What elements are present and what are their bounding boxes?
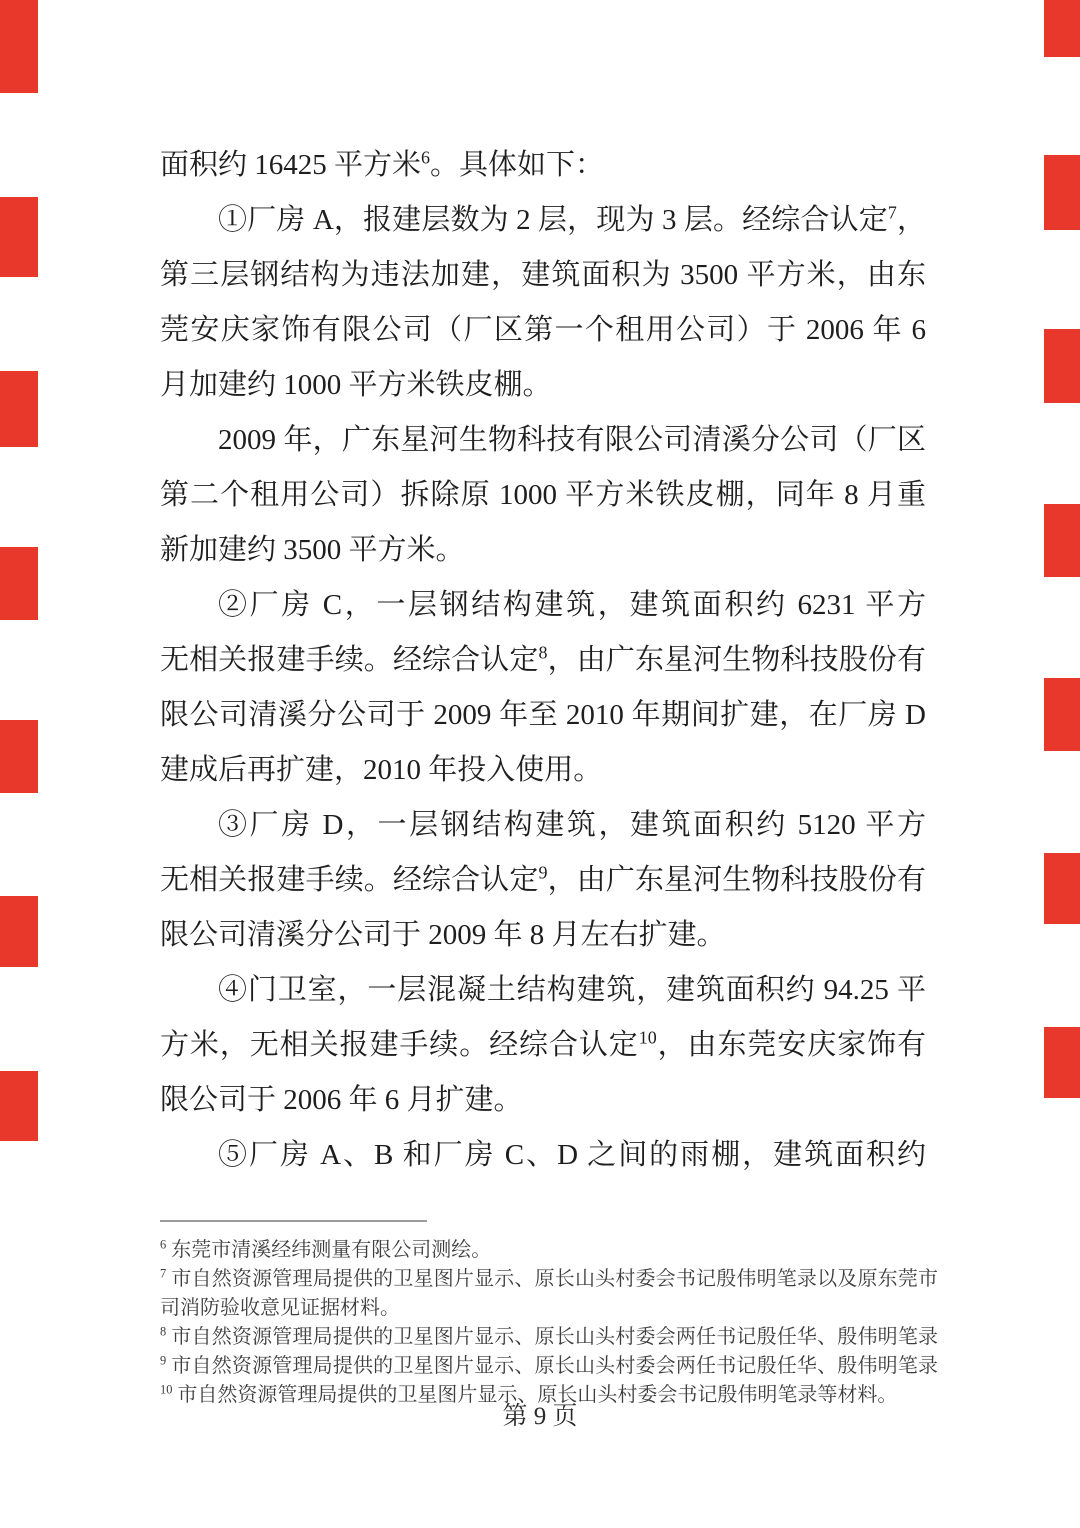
text-segment: 市自然资源管理局提供的卫星图片显示、原长山头村委会两任书记殷任华、殷伟明笔录等证… xyxy=(160,1326,938,1352)
text-segment: 第二个租用公司）拆除原 1000 平方米铁皮棚，同年 8 月重 xyxy=(160,479,926,511)
body-line: 面积约 16425 平方米6。具体如下： xyxy=(160,138,926,193)
document-body: 面积约 16425 平方米6。具体如下：①厂房 A，报建层数为 2 层，现为 3… xyxy=(160,138,926,1183)
red-edge-mark xyxy=(1044,853,1080,924)
body-line: ④门卫室，一层混凝土结构建筑，建筑面积约 94.25 平 xyxy=(160,963,926,1018)
text-segment: 。具体如下： xyxy=(430,149,604,181)
body-line: 方米，无相关报建手续。经综合认定10，由东莞安庆家饰有 xyxy=(160,1018,926,1073)
text-segment: 市自然资源管理局提供的卫星图片显示、原长山头村委会两任书记殷任华、殷伟明笔录等证… xyxy=(160,1355,938,1381)
body-line: 莞安庆家饰有限公司（厂区第一个租用公司）于 2006 年 6 xyxy=(160,303,926,358)
text-segment: ④门卫室，一层混凝土结构建筑，建筑面积约 94.25 平 xyxy=(218,974,926,1006)
text-segment: 无相关报建手续。经综合认定 xyxy=(160,644,539,676)
text-segment: ①厂房 A，报建层数为 2 层，现为 3 层。经综合认定 xyxy=(218,204,888,236)
red-edge-mark xyxy=(1044,1027,1080,1098)
body-line: 建成后再扩建，2010 年投入使用。 xyxy=(160,743,926,798)
red-edge-mark xyxy=(1044,155,1080,230)
text-segment: ②厂房 C，一层钢结构建筑，建筑面积约 6231 平方米， xyxy=(218,589,926,633)
body-line: 第二个租用公司）拆除原 1000 平方米铁皮棚，同年 8 月重 xyxy=(160,468,926,523)
text-segment: 新加建约 3500 平方米。 xyxy=(160,534,465,566)
body-line: ③厂房 D，一层钢结构建筑，建筑面积约 5120 平方米， xyxy=(160,798,926,853)
body-line: 2009 年，广东星河生物科技有限公司清溪分公司（厂区 xyxy=(160,413,926,468)
footnote-line: 8 市自然资源管理局提供的卫星图片显示、原长山头村委会两任书记殷任华、殷伟明笔录… xyxy=(160,1323,938,1352)
red-edge-mark xyxy=(1044,329,1080,403)
text-segment: 方米，无相关报建手续。经综合认定 xyxy=(160,1029,639,1061)
text-segment: 司消防验收意见证据材料。 xyxy=(160,1297,400,1319)
body-line: 限公司清溪分公司于 2009 年至 2010 年期间扩建，在厂房 D xyxy=(160,688,926,743)
text-segment: ， xyxy=(897,204,926,236)
body-line: 新加建约 3500 平方米。 xyxy=(160,523,926,578)
red-edge-mark xyxy=(1044,504,1080,577)
red-edge-mark xyxy=(0,371,38,447)
footnote-separator xyxy=(160,1220,427,1222)
text-segment: 无相关报建手续。经综合认定 xyxy=(160,864,539,896)
body-line: ⑤厂房 A、B 和厂房 C、D 之间的雨棚，建筑面积约 780 xyxy=(160,1128,926,1183)
text-segment: 市自然资源管理局提供的卫星图片显示、原长山头村委会书记殷伟明笔录以及原东莞市安庆… xyxy=(160,1268,938,1294)
footnote-reference: 7 xyxy=(888,202,897,222)
text-segment: ，由东莞安庆家饰有 xyxy=(657,1029,926,1061)
text-segment: 第三层钢结构为违法加建，建筑面积为 3500 平方米，由东 xyxy=(160,259,926,291)
text-segment: 面积约 16425 平方米 xyxy=(160,149,421,181)
text-segment: 限公司清溪分公司于 2009 年至 2010 年期间扩建，在厂房 D xyxy=(160,699,926,731)
text-segment: 2009 年，广东星河生物科技有限公司清溪分公司（厂区 xyxy=(218,424,926,456)
red-edge-mark xyxy=(1044,678,1080,751)
text-segment: 莞安庆家饰有限公司（厂区第一个租用公司）于 2006 年 6 xyxy=(160,314,926,346)
red-edge-mark xyxy=(0,547,38,620)
body-line: ①厂房 A，报建层数为 2 层，现为 3 层。经综合认定7， xyxy=(160,193,926,248)
footnote-reference: 6 xyxy=(421,147,430,167)
document-page: 面积约 16425 平方米6。具体如下：①厂房 A，报建层数为 2 层，现为 3… xyxy=(0,0,1080,1528)
text-segment: 限公司于 2006 年 6 月扩建。 xyxy=(160,1084,523,1116)
text-segment: ，由广东星河生物科技股份有 xyxy=(547,644,926,676)
body-line: ②厂房 C，一层钢结构建筑，建筑面积约 6231 平方米， xyxy=(160,578,926,633)
body-line: 第三层钢结构为违法加建，建筑面积为 3500 平方米，由东 xyxy=(160,248,926,303)
text-segment: 东莞市清溪经纬测量有限公司测绘。 xyxy=(166,1239,491,1261)
body-line: 限公司清溪分公司于 2009 年 8 月左右扩建。 xyxy=(160,908,926,963)
text-segment: ③厂房 D，一层钢结构建筑，建筑面积约 5120 平方米， xyxy=(218,809,926,853)
red-edge-mark xyxy=(1044,0,1080,57)
footnote-reference: 10 xyxy=(160,1382,172,1396)
text-segment: ⑤厂房 A、B 和厂房 C、D 之间的雨棚，建筑面积约 780 xyxy=(218,1139,926,1183)
footnote-reference: 10 xyxy=(639,1027,657,1047)
red-edge-mark xyxy=(0,0,38,93)
footnote-line: 司消防验收意见证据材料。 xyxy=(160,1294,938,1323)
red-edge-mark xyxy=(0,720,38,793)
red-edge-mark xyxy=(0,896,38,967)
page-number: 第 9 页 xyxy=(0,1396,1080,1432)
body-line: 限公司于 2006 年 6 月扩建。 xyxy=(160,1073,926,1128)
text-segment: 限公司清溪分公司于 2009 年 8 月左右扩建。 xyxy=(160,919,726,951)
red-edge-mark xyxy=(0,197,38,277)
body-line: 月加建约 1000 平方米铁皮棚。 xyxy=(160,358,926,413)
body-line: 无相关报建手续。经综合认定9，由广东星河生物科技股份有 xyxy=(160,853,926,908)
text-segment: 建成后再扩建，2010 年投入使用。 xyxy=(160,754,602,786)
footnote-line: 6 东莞市清溪经纬测量有限公司测绘。 xyxy=(160,1236,938,1265)
footnote-line: 9 市自然资源管理局提供的卫星图片显示、原长山头村委会两任书记殷任华、殷伟明笔录… xyxy=(160,1352,938,1381)
body-line: 无相关报建手续。经综合认定8，由广东星河生物科技股份有 xyxy=(160,633,926,688)
footnote-line: 7 市自然资源管理局提供的卫星图片显示、原长山头村委会书记殷伟明笔录以及原东莞市… xyxy=(160,1265,938,1294)
text-segment: ，由广东星河生物科技股份有 xyxy=(547,864,926,896)
text-segment: 月加建约 1000 平方米铁皮棚。 xyxy=(160,369,552,401)
footnotes: 6 东莞市清溪经纬测量有限公司测绘。7 市自然资源管理局提供的卫星图片显示、原长… xyxy=(160,1236,938,1410)
red-edge-mark xyxy=(0,1071,38,1141)
